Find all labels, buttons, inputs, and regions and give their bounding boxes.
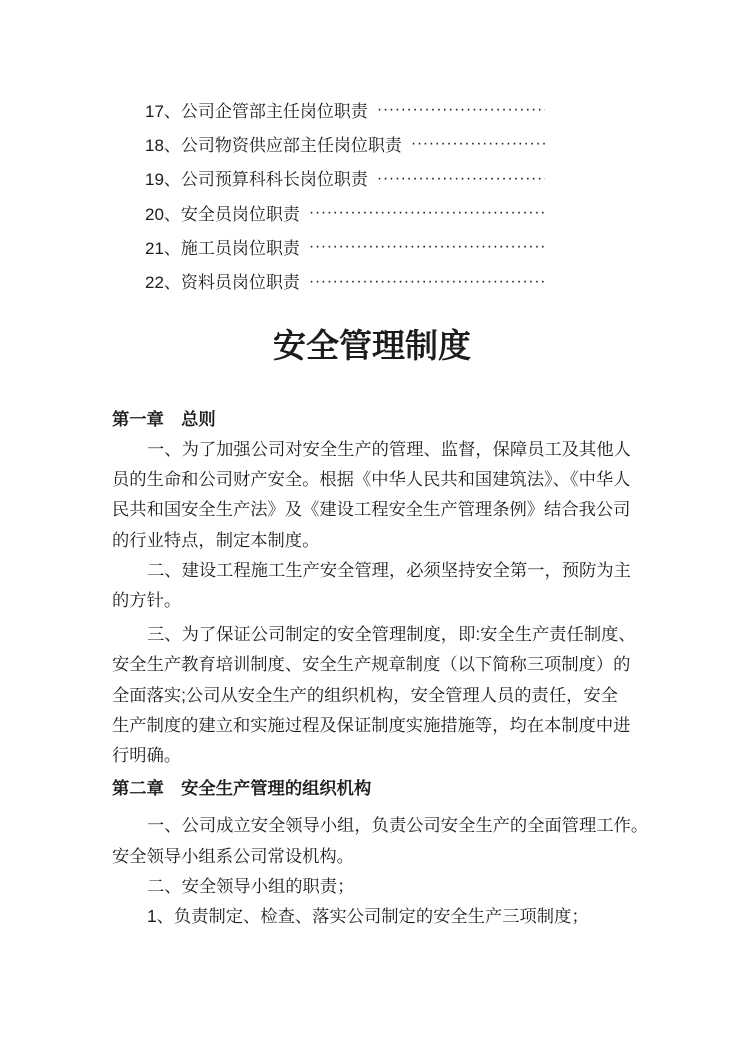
toc-entry-label: 17、公司企管部主任岗位职责 <box>145 97 368 122</box>
toc-entry-label: 20、安全员岗位职责 <box>145 200 300 225</box>
text-line: 的行业特点，制定本制度。 <box>112 525 632 555</box>
toc-entry: 18、公司物资供应部主任岗位职责 ·······················… <box>145 126 545 160</box>
section-heading: 第二章 安全生产管理的组织机构 <box>112 773 632 803</box>
section-heading: 第一章 总则 <box>112 404 632 434</box>
toc-entry-label: 21、施工员岗位职责 <box>145 234 300 259</box>
toc-entry: 22、资料员岗位职责 ·····························… <box>145 263 545 297</box>
text-line: 员的生命和公司财产安全。根据《中华人民共和国建筑法》、《中华人 <box>112 464 632 494</box>
toc-entry: 20、安全员岗位职责 ·····························… <box>145 195 545 229</box>
toc-entry-label: 19、公司预算科科长岗位职责 <box>145 165 368 190</box>
text-line: 的方针。 <box>112 585 632 615</box>
toc-entry-label: 22、资料员岗位职责 <box>145 268 300 293</box>
toc-leader-dots: ········································… <box>309 274 545 290</box>
toc-entry: 17、公司企管部主任岗位职责 ·························… <box>145 92 545 126</box>
text-line: 1、负责制定、检查、落实公司制定的安全生产三项制度； <box>112 901 632 931</box>
toc-leader-dots: ········································… <box>309 205 545 221</box>
toc-entry: 21、施工员岗位职责 ·····························… <box>145 229 545 263</box>
text-line: 二、安全领导小组的职责； <box>112 871 632 901</box>
text-line: 一、公司成立安全领导小组，负责公司安全生产的全面管理工作。 <box>112 810 632 840</box>
document-page: 17、公司企管部主任岗位职责 ·························… <box>0 0 744 1052</box>
text-line: 二、建设工程施工生产安全管理，必须坚持安全第一，预防为主 <box>112 555 632 585</box>
toc-entry-label: 18、公司物资供应部主任岗位职责 <box>145 131 402 156</box>
text-line: 生产制度的建立和实施过程及保证制度实施措施等，均在本制度中进 <box>112 710 632 740</box>
toc-leader-dots: ········································… <box>309 239 545 255</box>
text-line: 行明确。 <box>112 740 632 770</box>
text-line: 安全领导小组系公司常设机构。 <box>112 841 632 871</box>
table-of-contents: 17、公司企管部主任岗位职责 ·························… <box>145 92 545 298</box>
text-line: 全面落实;公司从安全生产的组织机构，安全管理人员的责任，安全 <box>112 680 632 710</box>
text-line: 一、为了加强公司对安全生产的管理、监督，保障员工及其他人 <box>112 434 632 464</box>
toc-entry: 19、公司预算科科长岗位职责 ·························… <box>145 161 545 195</box>
document-title: 安全管理制度 <box>112 324 632 368</box>
document-body: 第一章 总则 一、为了加强公司对安全生产的管理、监督，保障员工及其他人 员的生命… <box>112 404 632 931</box>
toc-leader-dots: ········································… <box>411 136 545 152</box>
text-line: 三、为了保证公司制定的安全管理制度，即:安全生产责任制度、 <box>112 619 632 649</box>
text-line: 民共和国安全生产法》及《建设工程安全生产管理条例》结合我公司 <box>112 494 632 524</box>
text-line: 安全生产教育培训制度、安全生产规章制度（以下简称三项制度）的 <box>112 649 632 679</box>
toc-leader-dots: ········································… <box>377 171 545 187</box>
toc-leader-dots: ········································… <box>377 102 545 118</box>
